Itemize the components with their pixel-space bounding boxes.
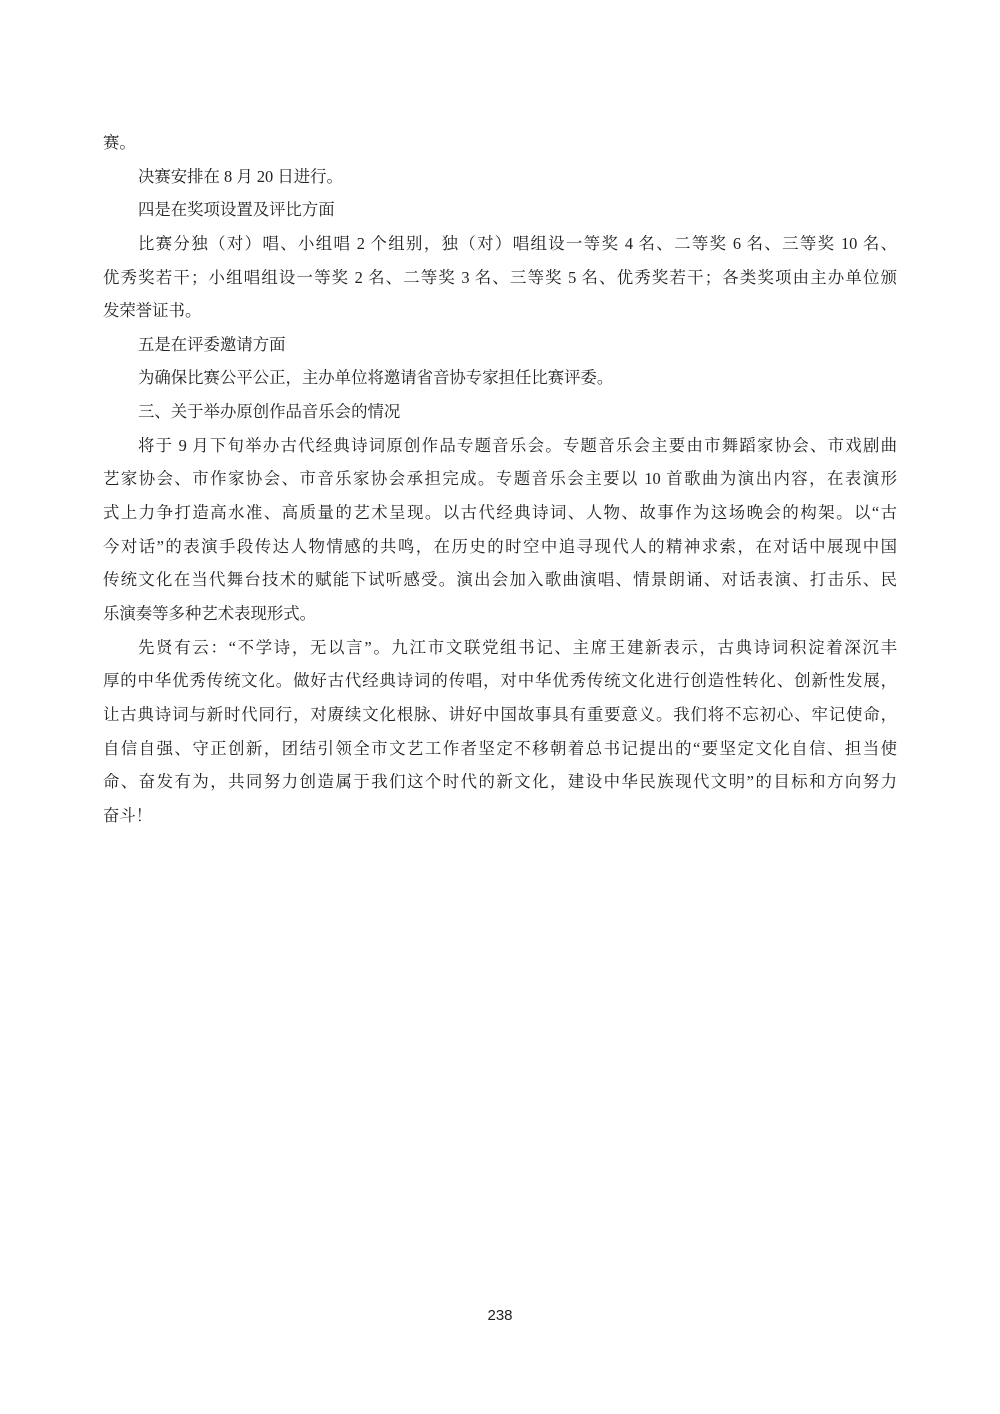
page-footer: 238 [0,1306,1000,1326]
para-concert-line-4: 今对话”的表演手段传达人物情感的共鸣，在历史的时空中追寻现代人的精神求索，在对话… [103,530,897,564]
para-quote-line-4: 自信自强、守正创新，团结引领全市文艺工作者坚定不移朝着总书记提出的“要坚定文化自… [103,732,897,766]
para-awards-line-2: 优秀奖若干；小组唱组设一等奖 2 名、二等奖 3 名、三等奖 5 名、优秀奖若干… [103,261,897,295]
para-concert-line-3: 式上力争打造高水准、高质量的艺术呈现。以古代经典诗词、人物、故事作为这场晚会的构… [103,496,897,530]
para-awards-line-3: 发荣誉证书。 [103,294,897,328]
para-quote-line-2: 厚的中华优秀传统文化。做好古代经典诗词的传唱，对中华优秀传统文化进行创造性转化、… [103,664,897,698]
para-judges-line: 为确保比赛公平公正，主办单位将邀请省音协专家担任比赛评委。 [103,361,897,395]
para-concert-line-2: 艺家协会、市作家协会、市音乐家协会承担完成。专题音乐会主要以 10 首歌曲为演出… [103,462,897,496]
para-quote-line-1: 先贤有云：“不学诗，无以言”。九江市文联党组书记、主席王建新表示，古典诗词积淀着… [103,631,897,665]
heading-section-three: 三、关于举办原创作品音乐会的情况 [103,395,897,429]
para-quote-line-5: 命、奋发有为，共同努力创造属于我们这个时代的新文化，建设中华民族现代文明”的目标… [103,765,897,799]
para-awards-line-1: 比赛分独（对）唱、小组唱 2 个组别，独（对）唱组设一等奖 4 名、二等奖 6 … [103,227,897,261]
para-quote-line-6: 奋斗！ [103,799,897,833]
para-continuation-line: 赛。 [103,126,897,160]
para-concert-line-6: 乐演奏等多种艺术表现形式。 [103,597,897,631]
final-round-date-line: 决赛安排在 8 月 20 日进行。 [103,160,897,194]
para-quote-line-3: 让古典诗词与新时代同行，对赓续文化根脉、讲好中国故事具有重要意义。我们将不忘初心… [103,698,897,732]
document-page: 赛。 决赛安排在 8 月 20 日进行。 四是在奖项设置及评比方面 比赛分独（对… [0,0,1000,1414]
heading-judges-invitation: 五是在评委邀请方面 [103,328,897,362]
para-concert-line-1: 将于 9 月下旬举办古代经典诗词原创作品专题音乐会。专题音乐会主要由市舞蹈家协会… [103,429,897,463]
para-concert-line-5: 传统文化在当代舞台技术的赋能下试听感受。演出会加入歌曲演唱、情景朗诵、对话表演、… [103,563,897,597]
document-body: 赛。 决赛安排在 8 月 20 日进行。 四是在奖项设置及评比方面 比赛分独（对… [103,126,897,832]
heading-awards-setup: 四是在奖项设置及评比方面 [103,193,897,227]
page-number: 238 [487,1307,512,1324]
